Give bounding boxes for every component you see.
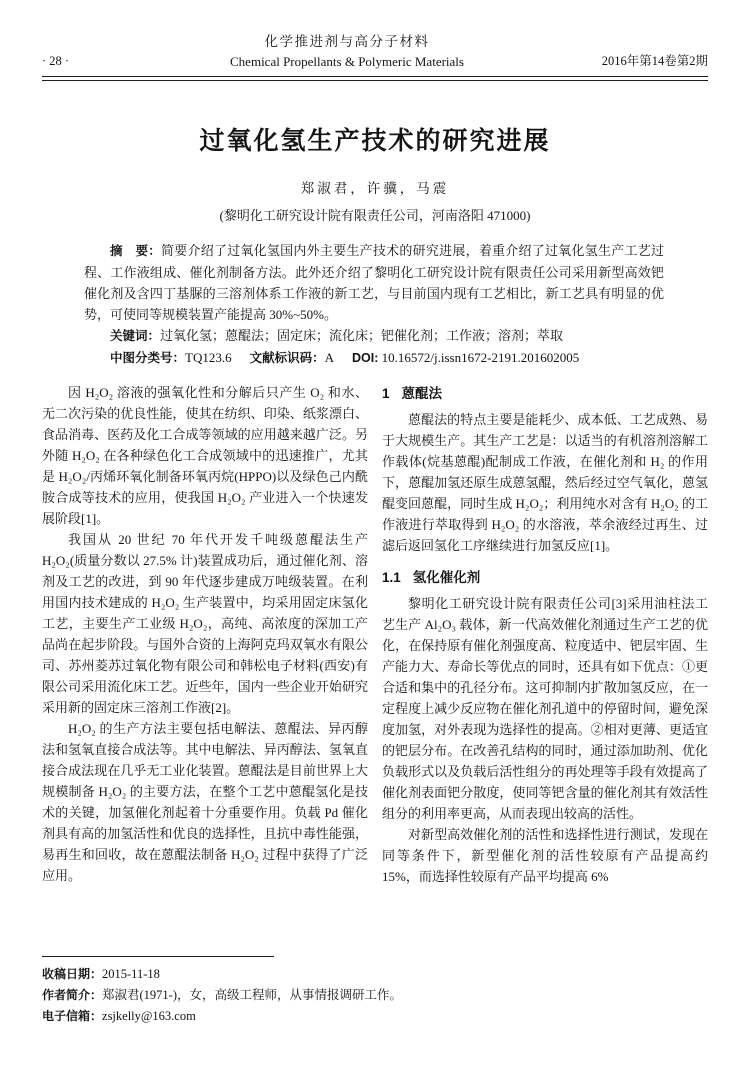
email-line: 电子信箱：zsjkelly@163.com [42, 1006, 402, 1027]
left-column: 因 H₂O₂ 溶液的强氧化性和分解后只产生 O₂ 和水、无二次污染的优良性能，使… [42, 382, 368, 887]
author-bio-line: 作者简介：郑淑君(1971-)，女，高级工程师，从事情报调研工作。 [42, 985, 402, 1006]
keywords-label: 关键词： [110, 329, 160, 343]
clc-label: 中图分类号： [110, 351, 185, 365]
paragraph: H₂O₂ 的生产方法主要包括电解法、蒽醌法、异丙醇法和氢氧直接合成法等。其中电解… [42, 718, 368, 886]
journal-page: · 28 · 化学推进剂与高分子材料 Chemical Propellants … [0, 0, 744, 1084]
page-header: · 28 · 化学推进剂与高分子材料 Chemical Propellants … [42, 30, 708, 70]
received-date-line: 收稿日期：2015-11-18 [42, 964, 402, 985]
doc-code-label: 文献标识码： [250, 351, 325, 365]
classification-line: 中图分类号：TQ123.6文献标识码：ADOI: 10.16572/j.issn… [84, 347, 664, 369]
author-bio: 郑淑君(1971-)，女，高级工程师，从事情报调研工作。 [102, 988, 402, 1002]
abstract: 摘 要：简要介绍了过氧化氢国内外主要生产技术的研究进展，着重介绍了过氧化氢生产工… [84, 240, 664, 325]
received-date: 2015-11-18 [102, 967, 160, 981]
journal-title-cn: 化学推进剂与高分子材料 [134, 30, 560, 50]
doi-value: 10.16572/j.issn1672-2191.201602005 [382, 350, 580, 365]
email: zsjkelly@163.com [102, 1009, 196, 1023]
section-title: 氢化催化剂 [413, 570, 481, 585]
body-columns: 因 H₂O₂ 溶液的强氧化性和分解后只产生 O₂ 和水、无二次污染的优良性能，使… [42, 382, 708, 887]
article-title: 过氧化氢生产技术的研究进展 [42, 121, 708, 157]
section-number: 1 [382, 386, 390, 401]
email-label: 电子信箱： [42, 1009, 102, 1023]
footnote-rule [42, 956, 274, 957]
abstract-label: 摘 要： [110, 244, 161, 258]
paragraph: 蒽醌法的特点主要是能耗少、成本低、工艺成熟、易于大规模生产。其生产工艺是：以适当… [382, 409, 708, 556]
authors: 郑淑君，许骥，马震 [42, 177, 708, 197]
paragraph: 对新型高效催化剂的活性和选择性进行测试，发现在同等条件下，新型催化剂的活性较原有… [382, 824, 708, 887]
header-rule [42, 76, 708, 81]
doc-code-value: A [325, 350, 334, 365]
right-column: 1蒽醌法 蒽醌法的特点主要是能耗少、成本低、工艺成熟、易于大规模生产。其生产工艺… [382, 382, 708, 887]
section-heading-1-1: 1.1氢化催化剂 [382, 566, 708, 586]
meta-block: 摘 要：简要介绍了过氧化氢国内外主要生产技术的研究进展，着重介绍了过氧化氢生产工… [84, 240, 664, 369]
keywords-text: 过氧化氢；蒽醌法；固定床；流化床；钯催化剂；工作液；溶剂；萃取 [160, 328, 563, 343]
paragraph: 我国从 20 世纪 70 年代开发千吨级蒽醌法生产 H₂O₂(质量分数以 27.… [42, 529, 368, 718]
journal-title-en: Chemical Propellants & Polymeric Materia… [134, 54, 560, 70]
section-title: 蒽醌法 [402, 386, 443, 401]
author-bio-label: 作者简介： [42, 988, 102, 1002]
affiliation: (黎明化工研究设计院有限责任公司，河南洛阳 471000) [42, 205, 708, 224]
received-date-label: 收稿日期： [42, 967, 102, 981]
paragraph: 黎明化工研究设计院有限责任公司[3]采用油柱法工艺生产 Al₂O₃ 载体，新一代… [382, 593, 708, 824]
journal-title-block: 化学推进剂与高分子材料 Chemical Propellants & Polym… [134, 30, 560, 70]
doi-label: DOI: [352, 351, 378, 365]
keywords: 关键词：过氧化氢；蒽醌法；固定床；流化床；钯催化剂；工作液；溶剂；萃取 [84, 325, 664, 347]
issue-info: 2016年第14卷第2期 [560, 51, 708, 70]
abstract-text: 简要介绍了过氧化氢国内外主要生产技术的研究进展，着重介绍了过氧化氢生产工艺过程、… [84, 243, 664, 322]
paragraph: 因 H₂O₂ 溶液的强氧化性和分解后只产生 O₂ 和水、无二次污染的优良性能，使… [42, 382, 368, 529]
section-number: 1.1 [382, 570, 401, 585]
clc-value: TQ123.6 [185, 350, 232, 365]
page-number: · 28 · [42, 54, 134, 70]
section-heading-1: 1蒽醌法 [382, 382, 708, 402]
footnote: 收稿日期：2015-11-18 作者简介：郑淑君(1971-)，女，高级工程师，… [42, 956, 402, 1027]
